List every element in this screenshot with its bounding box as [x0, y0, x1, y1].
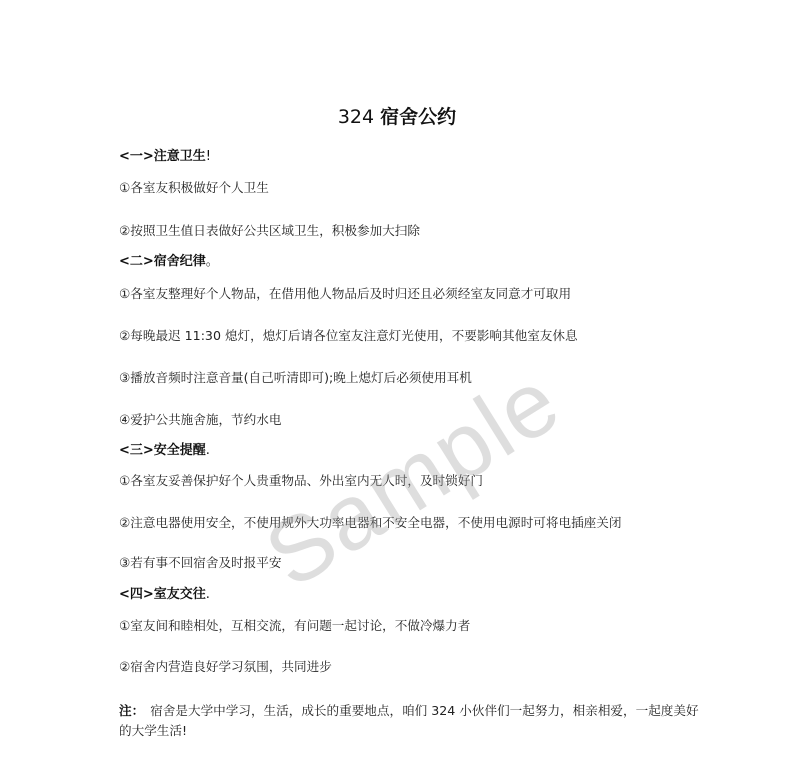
document-page: 324 宿舍公约 <一>注意卫生! ①各室友积极做好个人卫生 ②按照卫生值日表做…	[0, 0, 794, 779]
note-label: 注：	[119, 703, 144, 718]
title-text: 宿舍公约	[380, 106, 456, 128]
list-item: ②每晚最迟 11:30 熄灯，熄灯后请各位室友注意灯光使用，不要影响其他室友休息	[119, 327, 578, 345]
list-item: ①各室友积极做好个人卫生	[119, 179, 269, 197]
section-heading-hygiene: <一>注意卫生!	[119, 148, 211, 166]
section-heading-text: <三>安全提醒	[119, 443, 206, 458]
list-item: ①各室友妥善保护好个人贵重物品、外出室内无人时，及时锁好门	[119, 472, 483, 490]
section-heading-text: <二>宿舍纪律	[119, 254, 206, 269]
document-title: 324 宿舍公约	[0, 104, 794, 130]
list-item: ②注意电器使用安全，不使用规外大功率电器和不安全电器，不使用电源时可将电插座关闭	[119, 514, 621, 532]
list-item: ③若有事不回宿舍及时报平安	[119, 554, 281, 572]
section-heading-text: <四>室友交往	[119, 587, 206, 602]
list-item: ①室友间和睦相处，互相交流，有问题一起讨论，不做冷爆力者	[119, 617, 470, 635]
section-heading-text: <一>注意卫生	[119, 149, 206, 164]
closing-note: 注：宿舍是大学中学习，生活，成长的重要地点，咱们 324 小伙伴们一起努力，相亲…	[119, 701, 699, 741]
list-item: ④爱护公共施舍施，节约水电	[119, 411, 281, 429]
section-heading-suffix: .	[206, 587, 210, 602]
section-heading-suffix: 。	[206, 254, 219, 269]
section-heading-suffix: .	[206, 443, 210, 458]
list-item: ①各室友整理好个人物品，在借用他人物品后及时归还且必须经室友同意才可取用	[119, 285, 571, 303]
list-item: ②按照卫生值日表做好公共区域卫生，积极参加大扫除	[119, 222, 420, 240]
section-heading-discipline: <二>宿舍纪律。	[119, 253, 219, 271]
section-heading-roommates: <四>室友交往.	[119, 586, 210, 604]
section-heading-suffix: !	[206, 149, 211, 164]
section-heading-safety: <三>安全提醒.	[119, 442, 210, 460]
list-item: ③播放音频时注意音量(自己听清即可);晚上熄灯后必须使用耳机	[119, 369, 472, 387]
title-number: 324	[338, 106, 374, 128]
note-text: 宿舍是大学中学习，生活，成长的重要地点，咱们 324 小伙伴们一起努力，相亲相爱…	[119, 703, 699, 738]
list-item: ②宿舍内营造良好学习氛围，共同进步	[119, 658, 332, 676]
